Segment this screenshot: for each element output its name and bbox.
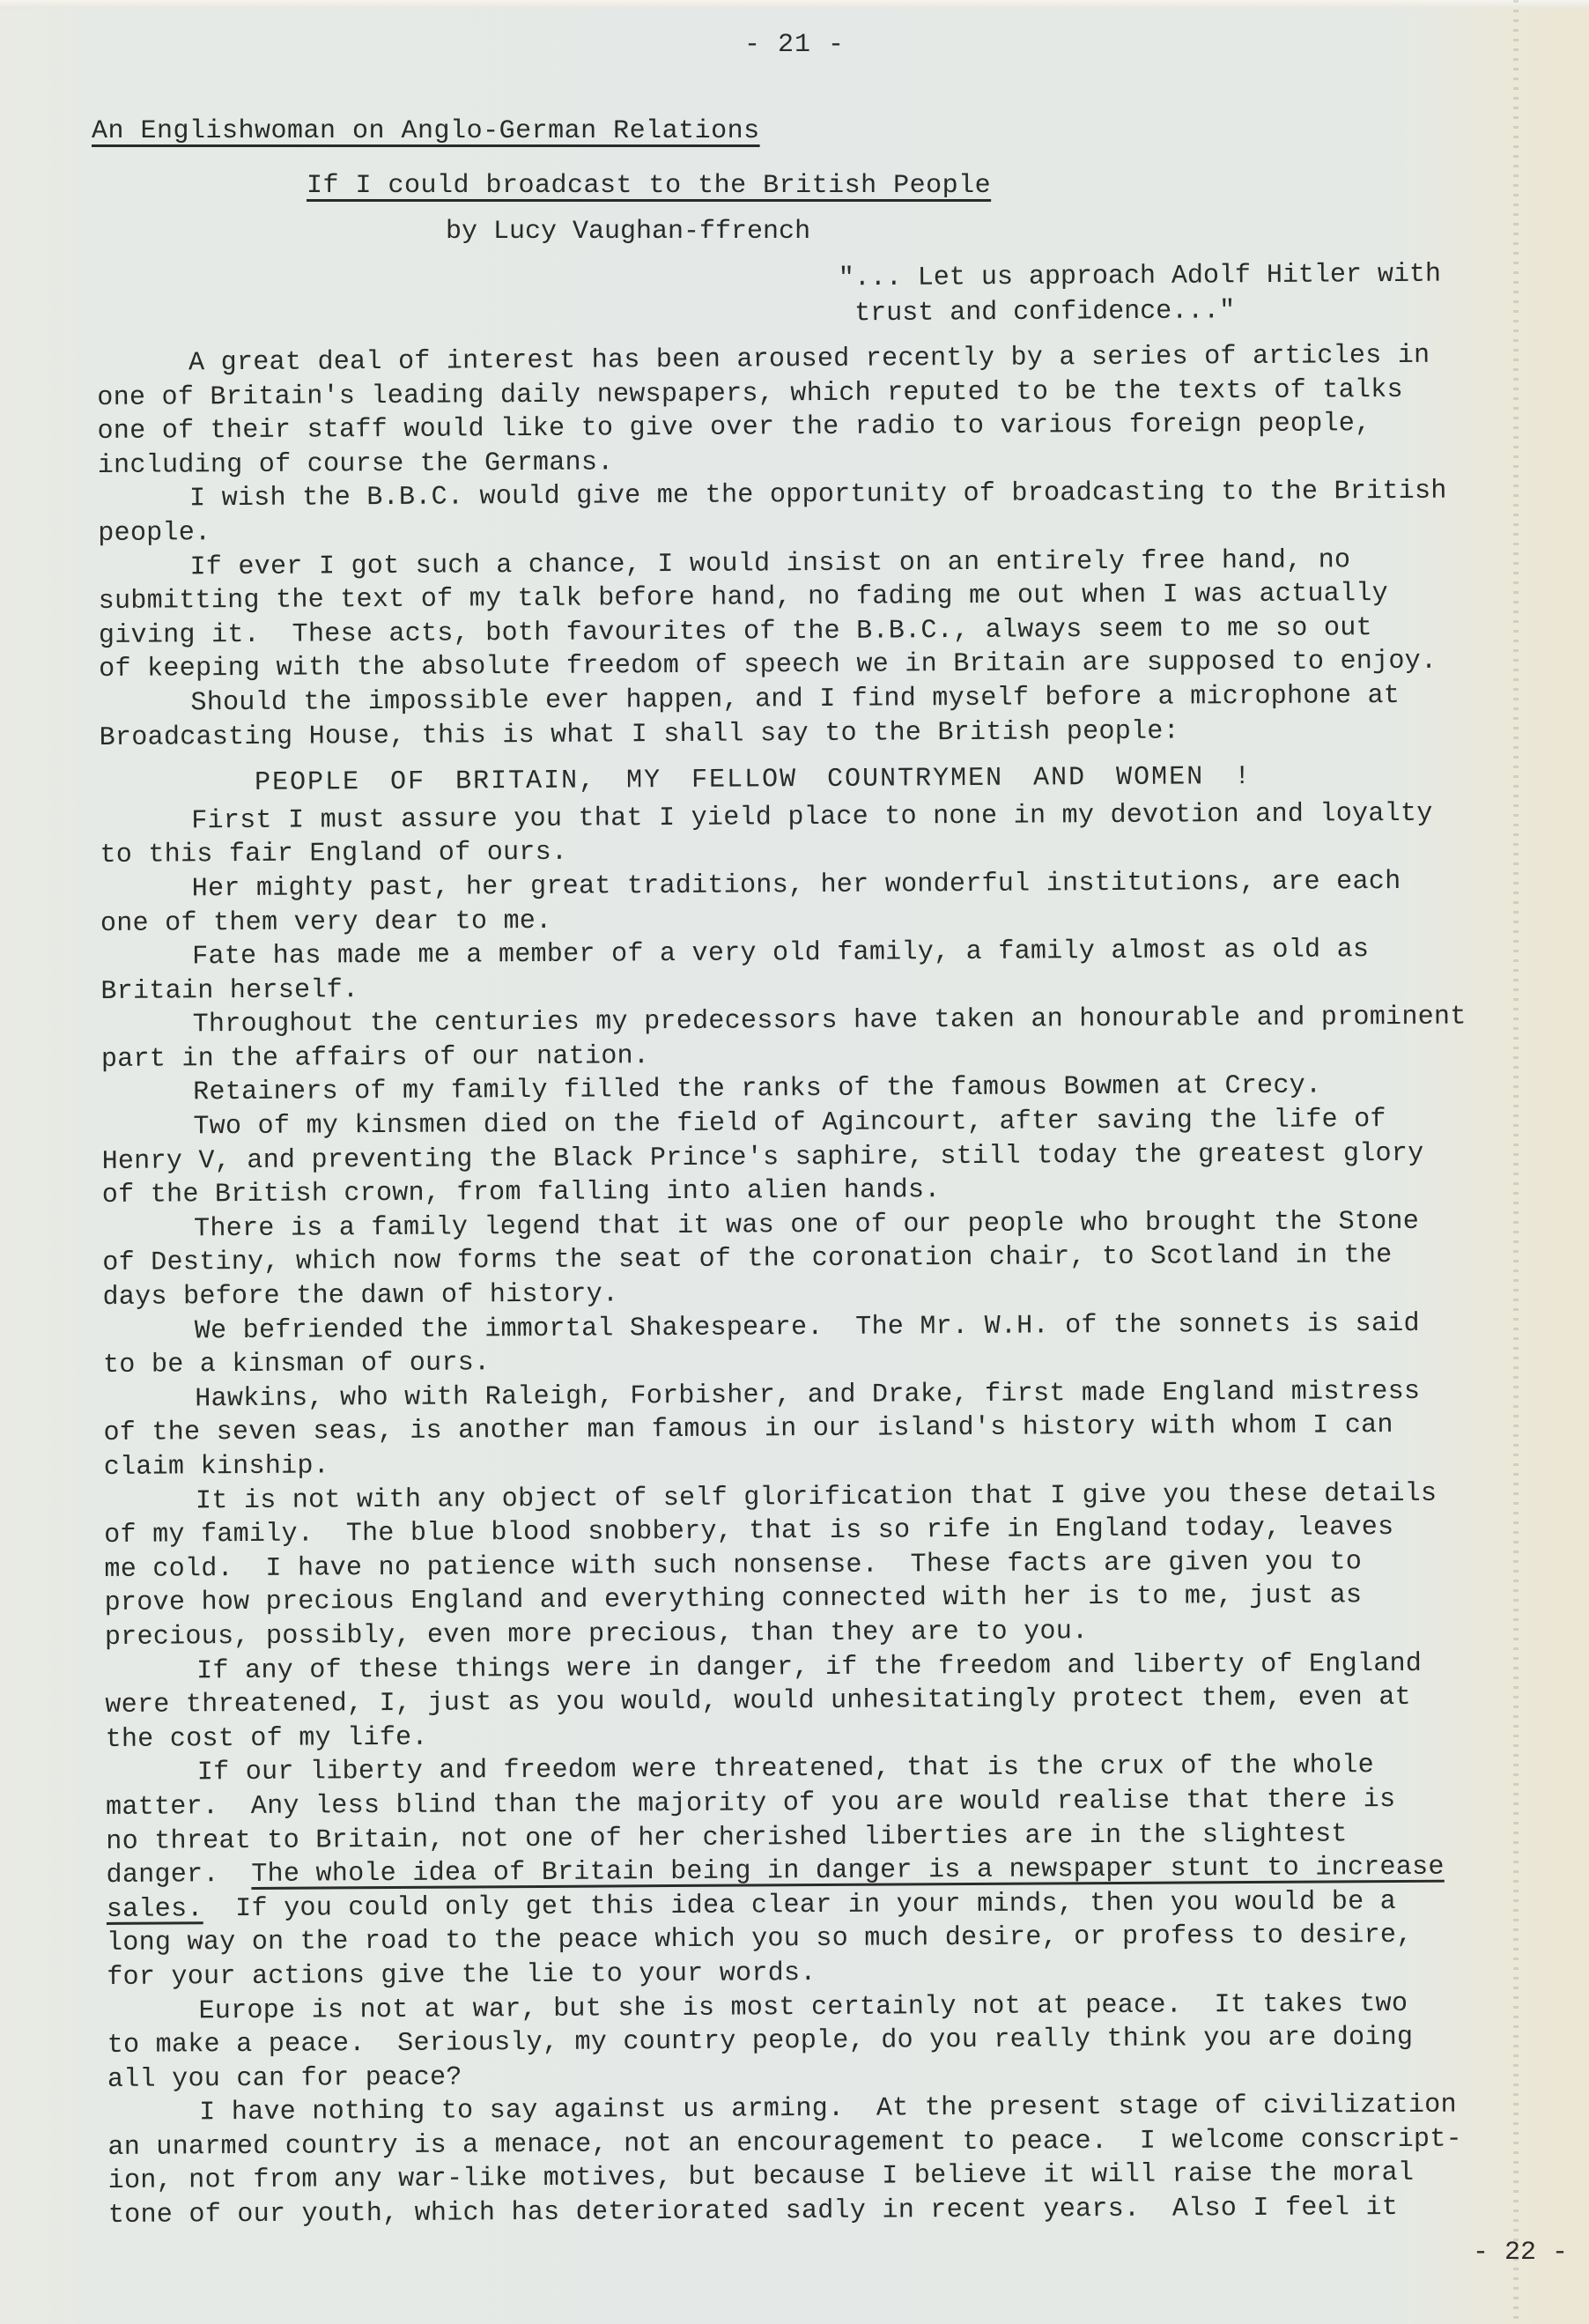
article-byline: by Lucy Vaughan-ffrench	[446, 217, 810, 247]
underlined-emphasis: sales.	[107, 1894, 203, 1925]
epigraph-line: trust and confidence..."	[839, 292, 1441, 332]
epigraph: "... Let us approach Adolf Hitler with t…	[839, 257, 1442, 332]
page-number-top: - 21 -	[0, 30, 1589, 60]
paper-edge	[0, 0, 1589, 9]
page-number-bottom: - 22 -	[1473, 2238, 1568, 2268]
underlined-emphasis: The whole idea of Britain being in dange…	[251, 1853, 1445, 1890]
article-title: If I could broadcast to the British Peop…	[307, 171, 991, 201]
article-body: A great deal of interest has been arouse…	[97, 338, 1571, 2233]
salutation-line: PEOPLE OF BRITAIN, MY FELLOW COUNTRYMEN …	[100, 759, 1562, 802]
epigraph-line: "... Let us approach Adolf Hitler with	[839, 257, 1441, 297]
section-heading: An Englishwoman on Anglo-German Relation…	[92, 116, 760, 146]
